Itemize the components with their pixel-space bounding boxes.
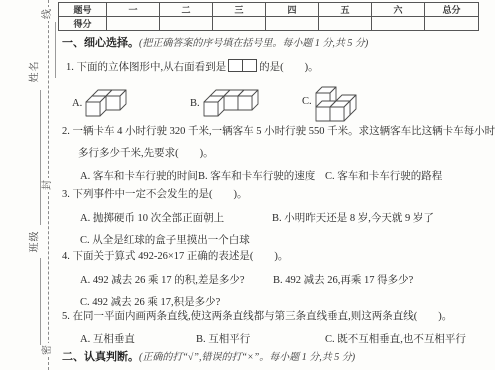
name-write-line [40, 90, 41, 225]
section2-heading: 二、认真判断。(正确的打“√”,错误的打“×”。每小题 1 分,共 5 分) [62, 350, 355, 365]
score-table: 题号 一 二 三 四 五 六 总分 得分 [58, 2, 479, 31]
section2-title: 二、认真判断。 [62, 351, 139, 363]
q2-option-a: A. 客车和卡车行驶的时间 [80, 168, 198, 183]
class-write-line [40, 258, 41, 345]
score-table-score-row: 得分 [59, 17, 479, 31]
score-header-cell: 三 [213, 3, 266, 17]
section1-heading: 一、细心选择。(把正确答案的序号填在括号里。每小题 1 分,共 5 分) [62, 36, 368, 51]
q1-text-post: 的是( )。 [259, 62, 319, 73]
section2-instruction: (正确的打“√”,错误的打“×”。每小题 1 分,共 5 分) [139, 352, 355, 363]
score-table-header-row: 题号 一 二 三 四 五 六 总分 [59, 3, 479, 17]
two-square-view-figure [228, 59, 257, 79]
square-cell [228, 59, 243, 72]
question-3: 3. 下列事件中一定不会发生的是( )。 [62, 188, 248, 202]
score-cell-empty [107, 17, 160, 31]
score-row-label: 得分 [59, 17, 107, 31]
question-5: 5. 在同一平面内画两条直线,使这两条直线都与第三条直线垂直,则这两条直线( )… [62, 310, 452, 324]
q4-option-b: B. 492 减去 26,再乘 17 得多少? [273, 272, 413, 287]
q3-option-c: C. 从全是红球的盒子里摸出一个白球 [80, 232, 250, 247]
section1-title: 一、细心选择。 [62, 37, 139, 49]
q1-text-pre: 1. 下面的立体图形中,从右面看到是 [66, 62, 226, 73]
section1-instruction: (把正确答案的序号填在括号里。每小题 1 分,共 5 分) [139, 38, 368, 49]
q5-option-b: B. 互相平行 [196, 331, 250, 346]
question-1: 1. 下面的立体图形中,从右面看到是的是( )。 [66, 59, 319, 79]
q3-option-b: B. 小明昨天还是 8 岁,今天就 9 岁了 [272, 210, 434, 225]
score-header-cell: 题号 [59, 3, 107, 17]
q1-figure-c: C. [302, 79, 358, 124]
q5-option-c: C. 既不互相垂直,也不互相平行 [325, 331, 466, 346]
fold-char-mi: 密 [41, 343, 55, 357]
q5-option-a: A. 互相垂直 [80, 331, 135, 346]
score-cell-empty [425, 17, 479, 31]
score-header-cell: 四 [266, 3, 319, 17]
q1-figure-a: A. [72, 88, 128, 119]
cube-figure-b [202, 88, 260, 119]
class-label: 班级 [26, 227, 41, 253]
cube-figure-a [84, 88, 128, 119]
fold-char-xian: 线 [41, 7, 55, 21]
margin-write-line-top [55, 22, 56, 78]
q2-option-b: B. 客车和卡车行驶的速度 [198, 168, 315, 183]
question-2-line2: 多行多少千米,先要求( )。 [78, 147, 214, 161]
q1-figure-c-label: C. [302, 96, 312, 107]
score-header-cell: 总分 [425, 3, 479, 17]
q2-option-c: C. 客车和卡车行驶的路程 [325, 168, 442, 183]
question-4: 4. 下面关于算式 492-26×17 正确的表述是( )。 [62, 250, 288, 264]
score-header-cell: 六 [372, 3, 425, 17]
q1-figure-b: B. [190, 88, 260, 119]
score-cell-empty [266, 17, 319, 31]
q1-figure-a-label: A. [72, 98, 82, 109]
question-2-line1: 2. 一辆卡车 4 小时行驶 320 千米,一辆客车 5 小时行驶 550 千米… [62, 125, 495, 139]
score-cell-empty [319, 17, 372, 31]
score-header-cell: 五 [319, 3, 372, 17]
score-header-cell: 一 [107, 3, 160, 17]
q4-option-c: C. 492 减去 26 乘 17,积是多少? [80, 294, 220, 309]
q3-option-a: A. 抛掷硬币 10 次全部正面朝上 [80, 210, 224, 225]
name-label: 姓名 [26, 57, 41, 83]
score-cell-empty [213, 17, 266, 31]
exam-paper-page: 线 封 密 姓名 班级 题号 一 二 三 四 五 六 总分 得分 一、细心 [0, 0, 495, 370]
score-cell-empty [160, 17, 213, 31]
cube-figure-c [314, 79, 358, 124]
square-cell [242, 59, 257, 72]
score-header-cell: 二 [160, 3, 213, 17]
fold-char-feng: 封 [41, 178, 55, 192]
score-cell-empty [372, 17, 425, 31]
q4-option-a: A. 492 减去 26 乘 17 的积,差是多少? [80, 272, 245, 287]
q1-figure-b-label: B. [190, 98, 200, 109]
